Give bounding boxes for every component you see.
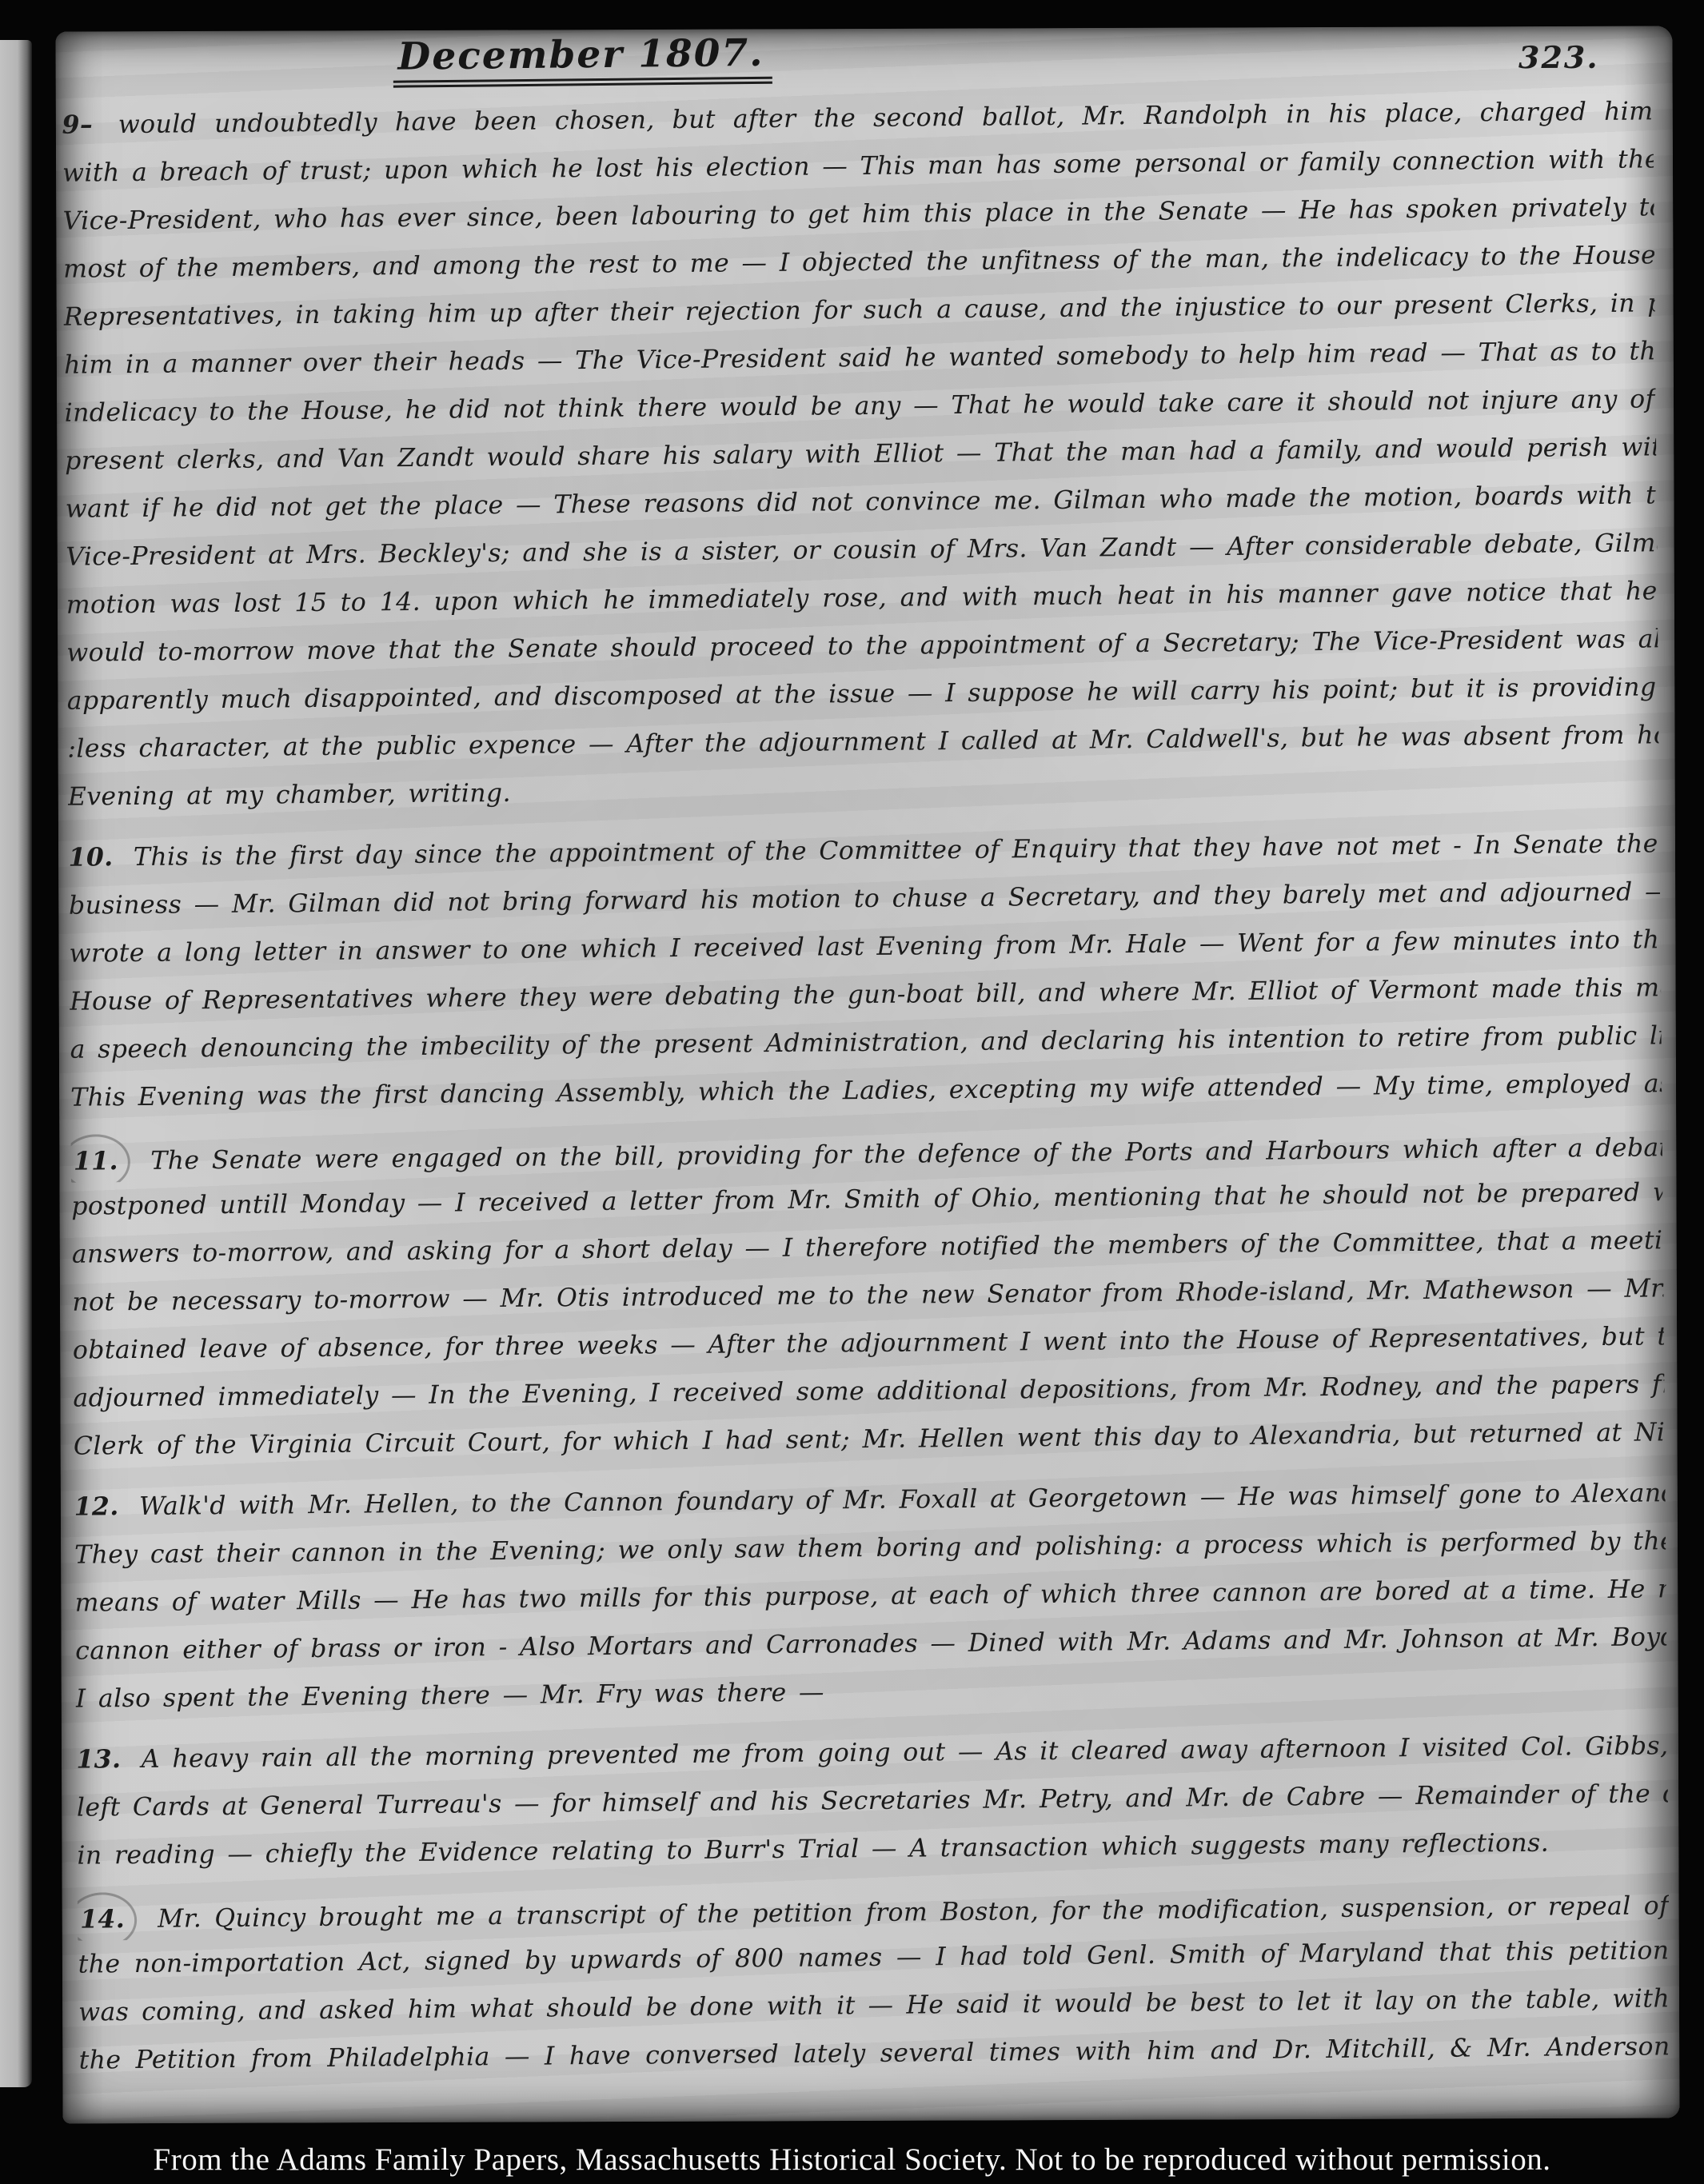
page-title: December 1807. <box>393 31 772 88</box>
entry-day-number: 13. <box>76 1735 122 1783</box>
diary-page: 323. December 1807. 9– would undoubtedly… <box>55 26 1679 2123</box>
entry-day-number: 11. <box>71 1134 131 1183</box>
entry-day-number: 12. <box>74 1483 119 1531</box>
diary-entries: 9– would undoubtedly have been chosen, b… <box>50 82 1685 2085</box>
facing-page-edge <box>0 40 32 2087</box>
diary-entry: 12. Walk'd with Mr. Hellen, to the Canno… <box>74 1469 1667 1723</box>
diary-entry: 13. A heavy rain all the morning prevent… <box>76 1722 1668 1879</box>
page-number: 323. <box>1518 39 1599 75</box>
diary-entry: 9– would undoubtedly have been chosen, b… <box>62 87 1659 820</box>
entry-day-number: 10. <box>68 833 114 881</box>
entry-day-number: 14. <box>78 1892 138 1941</box>
entry-day-number: 9– <box>62 101 93 149</box>
diary-entry: 14. Mr. Quincy brought me a transcript o… <box>78 1879 1670 2084</box>
title-row: December 1807. <box>55 26 1672 92</box>
manuscript-scan: 323. December 1807. 9– would undoubtedly… <box>0 0 1704 2184</box>
diary-entry: 11. The Senate were engaged on the bill,… <box>71 1120 1666 1470</box>
archive-caption: From the Adams Family Papers, Massachuse… <box>0 2142 1704 2178</box>
diary-entry: 10. This is the first day since the appo… <box>68 820 1662 1121</box>
